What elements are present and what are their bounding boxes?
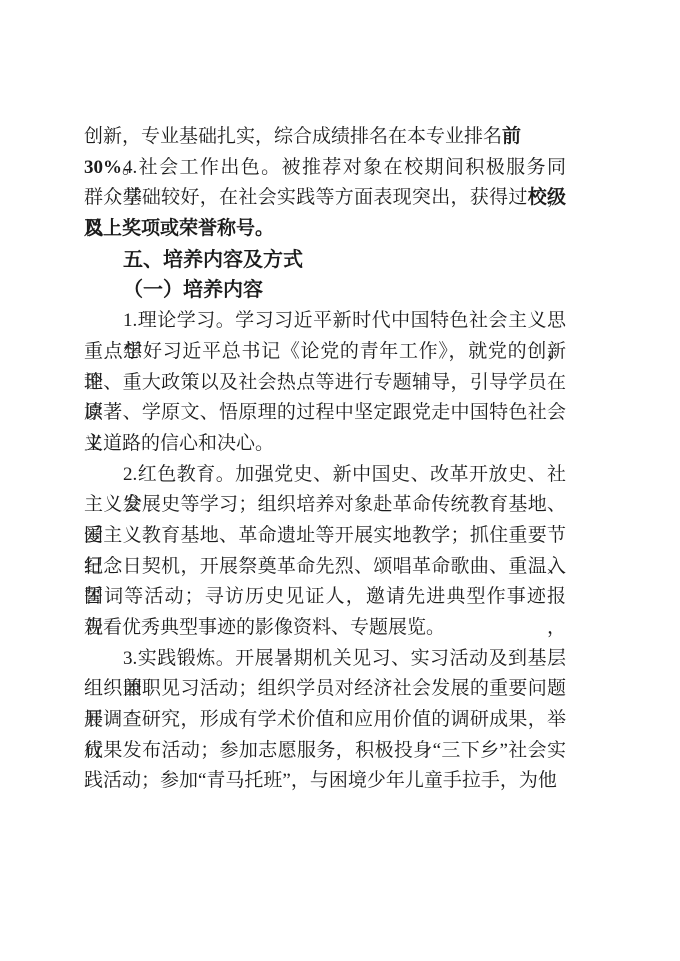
heading-line: 五、培养内容及方式 [84, 245, 566, 276]
text-line: 誓词等活动；寻访历史见证人，邀请先进典型作事迹报告， [84, 582, 566, 613]
document-page: 创新，专业基础扎实，综合成绩排名在本专业排名前 30%。4.社会工作出色。被推荐… [0, 0, 680, 961]
text-run: 义道路的信心和决心。 [84, 433, 274, 454]
text-line: 展调查研究，形成有学术价值和应用价值的调研成果，举行 [84, 705, 566, 736]
text-line: 4.社会工作出色。被推荐对象在校期间积极服务同学， [84, 153, 566, 184]
text-run: 成果发布活动；参加志愿服务，积极投身“三下乡”社会实 [84, 740, 566, 761]
text-line: 2.红色教育。加强党史、新中国史、改革开放史、社会 [84, 460, 566, 491]
text-line: 以上奖项或荣誉称号。 [84, 214, 566, 245]
text-line: 成果发布活动；参加志愿服务，积极投身“三下乡”社会实 [84, 736, 566, 767]
heading-line: （一）培养内容 [84, 275, 566, 306]
text-run: 群众基础较好，在社会实践等方面表现突出，获得过 [84, 187, 528, 208]
text-run: 践活动；参加“青马托班”，与困境少年儿童手拉手，为他 [84, 770, 557, 791]
text-line: 组织兼职见习活动；组织学员对经济社会发展的重要问题开 [84, 674, 566, 705]
text-run: 创新，专业基础扎实，综合成绩排名在本专业排名 [84, 126, 502, 147]
text-line: 重点学好习近平总书记《论党的青年工作》，就党的创新理 [84, 337, 566, 368]
text-run: 观看优秀典型事迹的影像资料、专题展览。 [84, 617, 445, 638]
text-line: 纪念日契机，开展祭奠革命先烈、颂唱革命歌曲、重温入团 [84, 552, 566, 583]
text-line: 论、重大政策以及社会热点等进行专题辅导，引导学员在读 [84, 368, 566, 399]
text-line: 国主义教育基地、革命遗址等开展实地教学；抓住重要节日、 [84, 521, 566, 552]
text-line: 群众基础较好，在社会实践等方面表现突出，获得过校级及 [84, 183, 566, 214]
text-line: 1.理论学习。学习习近平新时代中国特色社会主义思想， [84, 306, 566, 337]
text-block: 创新，专业基础扎实，综合成绩排名在本专业排名前 30%。4.社会工作出色。被推荐… [84, 122, 566, 797]
text-line: 践活动；参加“青马托班”，与困境少年儿童手拉手，为他 [84, 766, 566, 797]
text-line: 创新，专业基础扎实，综合成绩排名在本专业排名前 30%。 [84, 122, 566, 153]
text-run: 以上奖项或荣誉称号。 [84, 218, 274, 239]
text-line: 3.实践锻炼。开展暑期机关见习、实习活动及到基层团 [84, 644, 566, 675]
text-line: 主义发展史等学习；组织培养对象赴革命传统教育基地、爱 [84, 490, 566, 521]
text-run: （一）培养内容 [123, 279, 263, 301]
text-line: 原著、学原文、悟原理的过程中坚定跟党走中国特色社会主 [84, 398, 566, 429]
text-run: 五、培养内容及方式 [123, 249, 303, 271]
text-line: 义道路的信心和决心。 [84, 429, 566, 460]
